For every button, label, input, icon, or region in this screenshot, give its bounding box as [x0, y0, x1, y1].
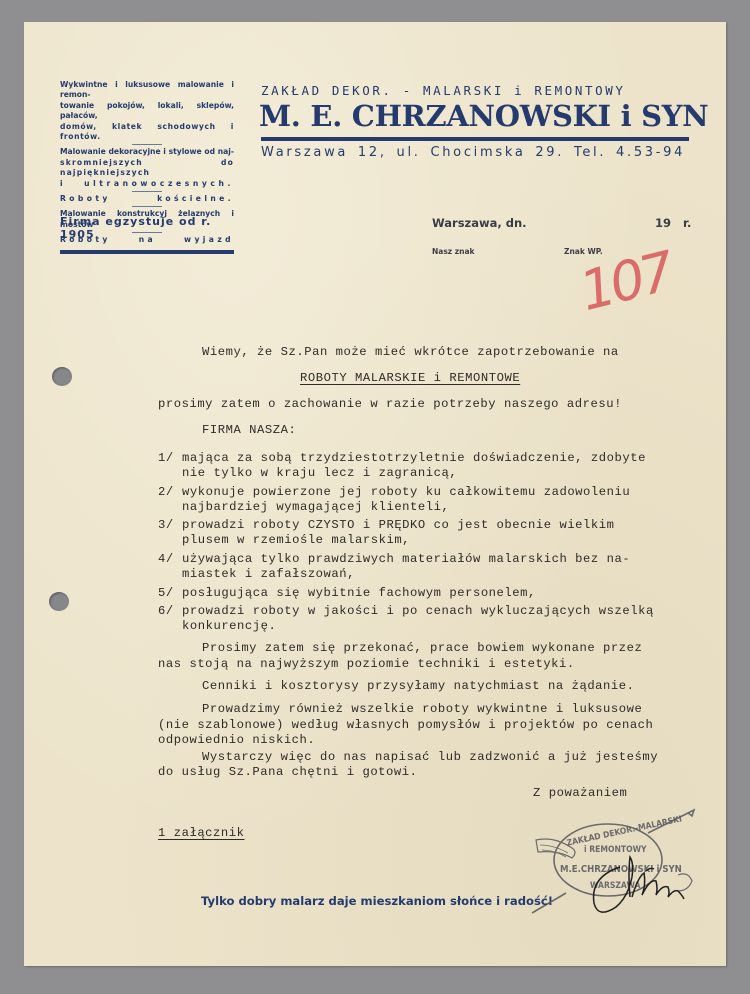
- enclosure-note: 1 załącznik: [158, 826, 245, 840]
- divider: [132, 144, 162, 145]
- punch-hole-bottom: [49, 592, 69, 611]
- closing: Z poważaniem: [533, 786, 627, 800]
- footer-slogan: Tylko dobry malarz daje mieszkaniom słoń…: [201, 894, 553, 908]
- firm-name: M. E. CHRZANOWSKI i SYN: [259, 99, 691, 133]
- paragraph-line: Prosimy zatem się przekonać, prace bowie…: [202, 641, 642, 655]
- headline: ROBOTY MALARSKIE i REMONTOWE: [300, 371, 520, 385]
- service-line: domów, klatek schodowych i frontów.: [60, 122, 234, 143]
- service-line: i ultranowoczesnych.: [60, 179, 234, 189]
- svg-text:i REMONTOWY: i REMONTOWY: [584, 845, 647, 855]
- list-item-line: używająca tylko prawdziwych materiałów m…: [182, 552, 630, 566]
- list-number: 3/: [158, 518, 174, 532]
- firm-subtitle: ZAKŁAD DEKOR. - MALARSKI i REMONTOWY: [261, 83, 691, 98]
- paragraph-line: Wystarczy więc do nas napisać lub zadzwo…: [202, 750, 658, 764]
- paragraph-line: (nie szablonowe) według własnych pomysłó…: [158, 718, 653, 732]
- service-line: skromniejszych do najpiękniejszych: [60, 158, 234, 179]
- service-decorative: Malowanie dekoracyjne i stylowe od naj- …: [60, 147, 234, 189]
- paragraph-line: Prowadzimy również wszelkie roboty wykwi…: [202, 702, 642, 716]
- your-reference-label: Znak WP.: [564, 247, 603, 256]
- our-reference-label: Nasz znak: [432, 247, 475, 256]
- list-item-line: mająca za sobą trzydziestotrzyletnie doś…: [182, 451, 646, 465]
- year-prefix: 19: [655, 216, 671, 230]
- punch-hole-top: [52, 367, 72, 386]
- paragraph-line: Cenniki i kosztorysy przysyłamy natychmi…: [202, 679, 635, 693]
- list-item-line: wykonuje powierzone jej roboty ku całkow…: [182, 485, 630, 499]
- list-heading: FIRMA NASZA:: [202, 423, 296, 437]
- firm-address: Warszawa 12, ul. Chocimska 29. Tel. 4.53…: [261, 145, 693, 160]
- list-item-line: najbardziej wymagającej klienteli,: [182, 500, 449, 514]
- paragraph-line: do usług Sz.Pana chętni i gotowi.: [158, 765, 418, 779]
- svg-text:ZAKŁAD DEKOR.-MALARSKI: ZAKŁAD DEKOR.-MALARSKI: [566, 814, 683, 848]
- divider: [132, 206, 162, 207]
- list-item-line: prowadzi roboty w jakości i po cenach wy…: [182, 604, 654, 618]
- service-line: Wykwintne i luksusowe malowanie i remon-: [60, 80, 234, 101]
- list-number: 1/: [158, 451, 174, 465]
- founded-line: Firma egzystuje od r. 1905: [60, 215, 236, 241]
- paragraph-line: odpowiednio niskich.: [158, 733, 315, 747]
- list-item-line: posługująca się wybitnie fachowym person…: [182, 586, 536, 600]
- service-line: towanie pokojów, lokali, sklepów, pałacó…: [60, 101, 234, 122]
- paragraph-line: nas stoją na najwyższym poziomie technik…: [158, 657, 575, 671]
- intro-line: Wiemy, że Sz.Pan może mieć wkrótce zapot…: [202, 345, 619, 359]
- left-column-rule: [60, 250, 234, 254]
- date-label: Warszawa, dn.: [432, 216, 527, 230]
- list-number: 2/: [158, 485, 174, 499]
- svg-text:M.E.CHRZANOWSKI i SYN: M.E.CHRZANOWSKI i SYN: [560, 864, 682, 875]
- list-item-line: nie tylko w kraju lecz i zagranicą,: [182, 466, 457, 480]
- list-number: 5/: [158, 586, 174, 600]
- list-item-line: miastek i zafałszowań,: [182, 567, 355, 581]
- company-stamp: ZAKŁAD DEKOR.-MALARSKI i REMONTOWY M.E.C…: [528, 805, 718, 920]
- firm-name-rule: [261, 137, 689, 141]
- request-line: prosimy zatem o zachowanie w razie potrz…: [158, 397, 622, 411]
- list-number: 6/: [158, 604, 174, 618]
- service-painting-renovation: Wykwintne i luksusowe malowanie i remon-…: [60, 80, 234, 142]
- list-item-line: prowadzi roboty CZYSTO i PRĘDKO co jest …: [182, 518, 615, 532]
- stamp-graphic-icon: ZAKŁAD DEKOR.-MALARSKI i REMONTOWY M.E.C…: [528, 805, 718, 920]
- divider: [132, 191, 162, 192]
- service-line: Malowanie dekoracyjne i stylowe od naj-: [60, 147, 234, 157]
- list-item-line: konkurencję.: [182, 619, 276, 633]
- list-item-line: plusem w rzemiośle malarskim,: [182, 533, 410, 547]
- list-number: 4/: [158, 552, 174, 566]
- year-suffix: r.: [683, 216, 691, 230]
- service-church-works: Roboty kościelne.: [60, 194, 234, 204]
